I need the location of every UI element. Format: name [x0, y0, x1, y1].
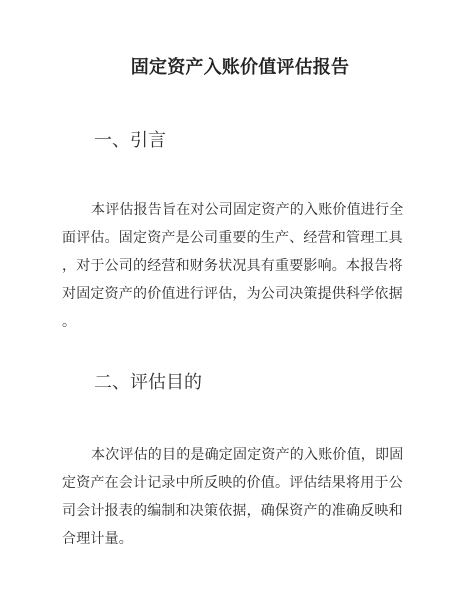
section-heading-intro: 一、引言 [94, 128, 166, 153]
document-page: 固定资产入账价值评估报告 一、引言 本评估报告旨在对公司固定资产的入账价值进行全… [0, 0, 463, 600]
text-line: 本次评估的目的是确定固定资产的入账价值，即固 [62, 440, 410, 468]
intro-paragraph: 本评估报告旨在对公司固定资产的入账价值进行全 面评估。固定资产是公司重要的生产、… [62, 195, 410, 335]
text-line: 面评估。固定资产是公司重要的生产、经营和管理工具 [62, 223, 410, 251]
text-line: ，对于公司的经营和财务状况具有重要影响。本报告将 [62, 251, 410, 279]
text-line: 司会计报表的编制和决策依据，确保资产的准确反映和 [62, 496, 410, 524]
text-line: 对固定资产的价值进行评估，为公司决策提供科学依据 [62, 279, 410, 307]
text-line: 。 [62, 307, 410, 335]
text-line: 定资产在会计记录中所反映的价值。评估结果将用于公 [62, 468, 410, 496]
purpose-paragraph: 本次评估的目的是确定固定资产的入账价值，即固 定资产在会计记录中所反映的价值。评… [62, 440, 410, 552]
document-title: 固定资产入账价值评估报告 [0, 55, 463, 80]
text-line: 本评估报告旨在对公司固定资产的入账价值进行全 [62, 195, 410, 223]
section-heading-purpose: 二、评估目的 [94, 370, 202, 395]
text-line: 合理计量。 [62, 524, 410, 552]
